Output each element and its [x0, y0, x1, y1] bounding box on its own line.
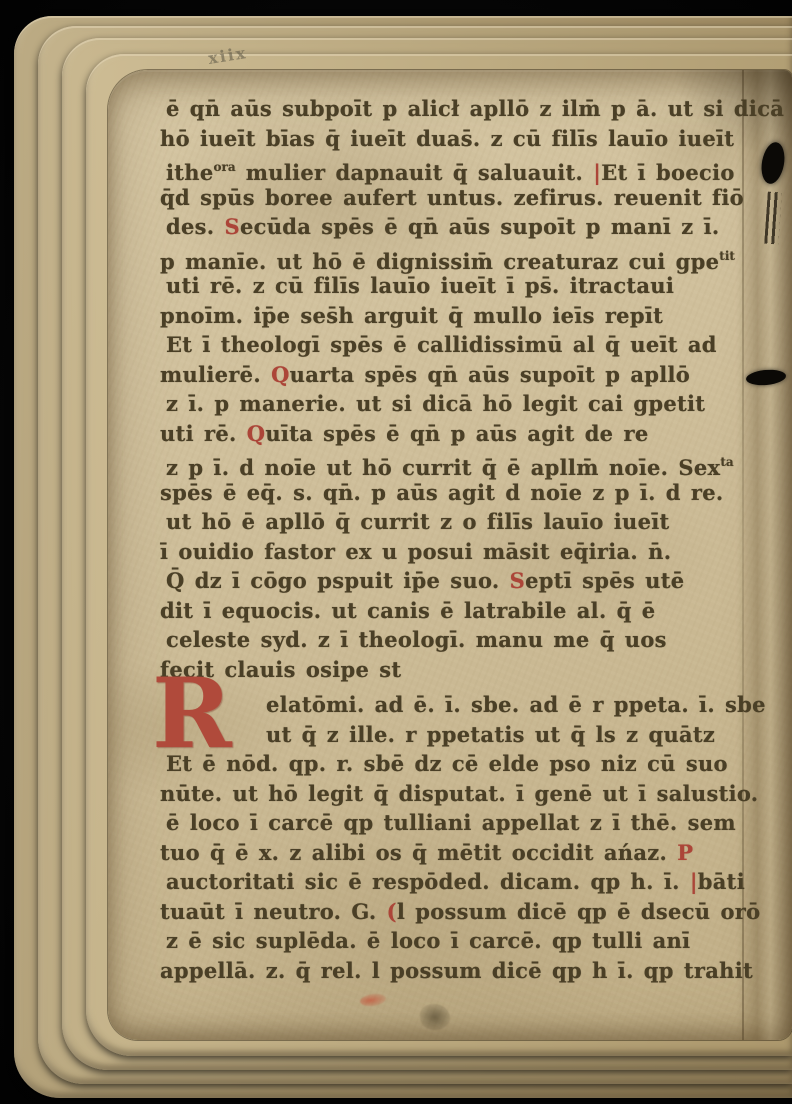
rubricated-initial: S: [510, 568, 525, 593]
text-segment: celeste syd. z ī theologī. manu me q̄ uo…: [166, 627, 667, 652]
text-line-30: appellā. z. q̄ rel. l possum dicē qp h ī…: [160, 956, 756, 986]
text-line-20: fecit clauis osipe st: [160, 655, 756, 685]
rubricated-initial: S: [225, 214, 240, 239]
text-line-15: ut hō ē apllō q̄ currit z o filīs lauīo …: [166, 507, 756, 537]
text-line-25: ē loco ī carcē qp tulliani appellat z ī …: [166, 808, 756, 838]
text-line-28: tuaūt ī neutro. G. (l possum dicē qp ē d…: [160, 897, 756, 927]
text-segment: ora: [214, 160, 236, 174]
text-block: ē qn̄ aūs subpoīt p alicł apllō z ilm̄ p…: [166, 94, 756, 985]
text-line-18: dit ī equocis. ut canis ē latrabile al. …: [160, 596, 756, 626]
text-segment: nūte. ut hō legit q̄ disputat. ī genē ut…: [160, 781, 758, 806]
text-line-10: mulierē. Quarta spēs qn̄ aūs supoīt p ap…: [160, 360, 756, 390]
text-segment: z p ī. d noīe ut hō currit q̄ ē apllm̄ n…: [166, 455, 720, 480]
red-ink-smudge: [359, 992, 386, 1008]
text-line-5: des. Secūda spēs ē qn̄ aūs supoīt p manī…: [166, 212, 756, 242]
text-line-7: uti rē. z cū filīs lauīo iueīt ī ps̄. it…: [166, 271, 756, 301]
text-segment: ē loco ī carcē qp tulliani appellat z ī …: [166, 810, 736, 835]
manuscript-page: ē qn̄ aūs subpoīt p alicł apllō z ilm̄ p…: [108, 70, 792, 1040]
photo-background: xiix ē qn̄ aūs subpoīt p alicł apllō z i…: [0, 0, 792, 1104]
text-line-1: ē qn̄ aūs subpoīt p alicł apllō z ilm̄ p…: [166, 94, 756, 124]
text-segment: pnoīm. ip̄e ses̄h arguit q̄ mullo ieīs r…: [160, 303, 663, 328]
text-segment: eptī spēs utē: [525, 568, 684, 593]
text-line-27: auctoritati sic ē respōded. dicam. qp h.…: [166, 867, 756, 897]
rubricated-initial: |: [690, 869, 698, 894]
text-segment: tuo q̄ ē x. z alibi os q̄ mētit occidit …: [160, 840, 677, 865]
text-segment: ut hō ē apllō q̄ currit z o filīs lauīo …: [166, 509, 670, 534]
text-line-14: spēs ē eq̄. s. qn̄. p aūs agit d noīe z …: [160, 478, 756, 508]
text-segment: uīta spēs ē qn̄ p aūs agit de re: [265, 421, 648, 446]
text-segment: bāti: [698, 869, 745, 894]
text-segment: ē qn̄ aūs subpoīt p alicł apllō z ilm̄ p…: [166, 96, 784, 121]
text-line-4: q̄d spūs boree aufert untus. zefirus. re…: [160, 183, 756, 213]
text-segment: spēs ē eq̄. s. qn̄. p aūs agit d noīe z …: [160, 480, 724, 505]
text-segment: uti rē.: [160, 421, 247, 446]
text-line-9: Et ī theologī spēs ē callidissimū al q̄ …: [166, 330, 756, 360]
text-line-12: uti rē. Quīta spēs ē qn̄ p aūs agit de r…: [160, 419, 756, 449]
text-line-23: Et ē nōd. qp. r. sbē dz cē elde pso niz …: [166, 749, 756, 779]
text-segment: ithe: [166, 160, 214, 185]
text-segment: uti rē. z cū filīs lauīo iueīt ī ps̄. it…: [166, 273, 674, 298]
dark-stain: [420, 1004, 450, 1030]
text-line-13: z p ī. d noīe ut hō currit q̄ ē apllm̄ n…: [166, 448, 756, 478]
text-segment: z ī. p manerie. ut si dicā hō legit cai …: [166, 391, 705, 416]
text-line-26: tuo q̄ ē x. z alibi os q̄ mētit occidit …: [160, 838, 756, 868]
text-segment: ta: [720, 455, 733, 469]
rubricated-initial: P: [677, 840, 693, 865]
rubricated-initial: (: [387, 899, 397, 924]
text-line-22: ut q̄ z ille. r ppetatis ut q̄ ls z quāt…: [266, 720, 756, 750]
text-segment: Et ī boecio: [601, 160, 734, 185]
text-segment: auctoritati sic ē respōded. dicam. qp h.…: [166, 869, 690, 894]
text-line-17: Q̄ dz ī cōgo pspuit ip̄e suo. Septī spēs…: [166, 566, 756, 596]
text-segment: tit: [719, 249, 735, 263]
text-segment: mulier dapnauit q̄ saluauit.: [236, 160, 594, 185]
text-segment: ut q̄ z ille. r ppetatis ut q̄ ls z quāt…: [266, 722, 715, 747]
text-segment: mulierē.: [160, 362, 271, 387]
text-segment: dit ī equocis. ut canis ē latrabile al. …: [160, 598, 655, 623]
rubricated-initial: Q: [247, 421, 266, 446]
text-segment: l possum dicē qp ē dsecū orō: [397, 899, 761, 924]
rubricated-initial: Q: [271, 362, 290, 387]
drop-cap-initial: R: [152, 666, 232, 762]
text-segment: Q̄ dz ī cōgo pspuit ip̄e suo.: [166, 568, 510, 593]
text-line-19: celeste syd. z ī theologī. manu me q̄ uo…: [166, 625, 756, 655]
text-line-6: p manīe. ut hō ē dignissim̄ creaturaz cu…: [160, 242, 756, 272]
text-segment: uarta spēs qn̄ aūs supoīt p apllō: [290, 362, 690, 387]
text-segment: Et ī theologī spēs ē callidissimū al q̄ …: [166, 332, 717, 357]
text-line-24: nūte. ut hō legit q̄ disputat. ī genē ut…: [160, 779, 756, 809]
text-line-8: pnoīm. ip̄e ses̄h arguit q̄ mullo ieīs r…: [160, 301, 756, 331]
text-segment: ecūda spēs ē qn̄ aūs supoīt p manī z ī.: [240, 214, 720, 239]
text-segment: elatōmi. ad ē. ī. sbe. ad ē r ppeta. ī. …: [266, 692, 766, 717]
text-segment: ī ouidio fastor ex u posui māsit eq̄iria…: [160, 539, 671, 564]
text-line-21: elatōmi. ad ē. ī. sbe. ad ē r ppeta. ī. …: [266, 690, 756, 720]
text-line-16: ī ouidio fastor ex u posui māsit eq̄iria…: [160, 537, 756, 567]
text-segment: Et ē nōd. qp. r. sbē dz cē elde pso niz …: [166, 751, 728, 776]
text-line-29: z ē sic suplēda. ē loco ī carcē. qp tull…: [166, 926, 756, 956]
text-line-3: itheora mulier dapnauit q̄ saluauit. |Et…: [166, 153, 756, 183]
text-line-2: hō iueīt bīas q̄ iueīt duas̄. z cū filīs…: [160, 124, 756, 154]
text-line-11: z ī. p manerie. ut si dicā hō legit cai …: [166, 389, 756, 419]
text-segment: q̄d spūs boree aufert untus. zefirus. re…: [160, 185, 744, 210]
text-segment: tuaūt ī neutro. G.: [160, 899, 387, 924]
text-segment: hō iueīt bīas q̄ iueīt duas̄. z cū filīs…: [160, 126, 734, 151]
text-segment: z ē sic suplēda. ē loco ī carcē. qp tull…: [166, 928, 690, 953]
text-segment: appellā. z. q̄ rel. l possum dicē qp h ī…: [160, 958, 753, 983]
text-segment: p manīe. ut hō ē dignissim̄ creaturaz cu…: [160, 249, 719, 274]
text-segment: des.: [166, 214, 225, 239]
